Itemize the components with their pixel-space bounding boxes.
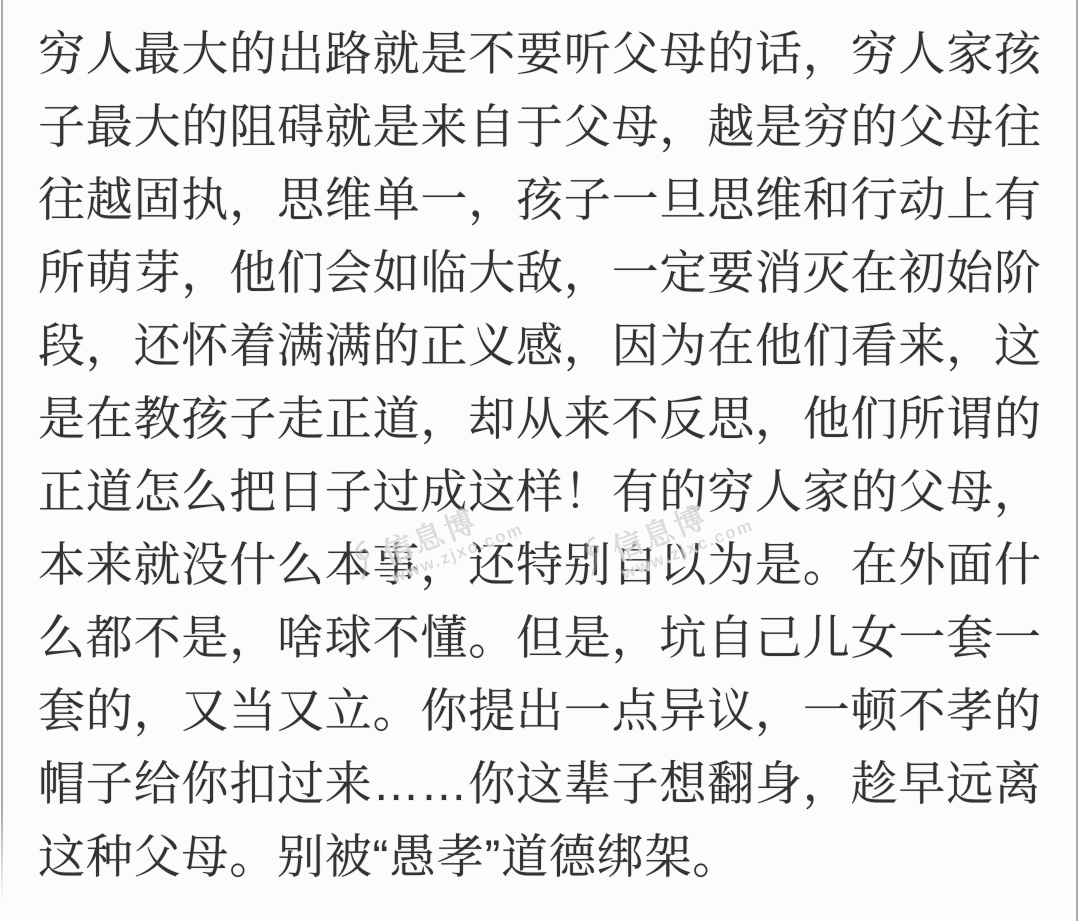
text-line: 正道怎么把日子过成这样！有的穷人家的父母， <box>38 455 1048 528</box>
text-line: 本来就没什么本事，还特别自以为是。在外面什 <box>38 528 1048 601</box>
text-line: 这种父母。别被“愚孝”道德绑架。 <box>38 820 1048 893</box>
paragraph-text-block: 穷人最大的出路就是不要听父母的话，穷人家孩 子最大的阻碍就是来自于父母，越是穷的… <box>38 17 1048 893</box>
text-line: 子最大的阻碍就是来自于父母，越是穷的父母往 <box>38 90 1048 163</box>
text-line: 穷人最大的出路就是不要听父母的话，穷人家孩 <box>38 17 1048 90</box>
right-edge-line <box>1076 0 1078 921</box>
text-line: 帽子给你扣过来……你这辈子想翻身，趁早远离 <box>38 747 1048 820</box>
text-line: 套的，又当又立。你提出一点异议，一顿不孝的 <box>38 674 1048 747</box>
text-line: 往越固执，思维单一，孩子一旦思维和行动上有 <box>38 163 1048 236</box>
text-line: 是在教孩子走正道，却从来不反思，他们所谓的 <box>38 382 1048 455</box>
left-edge-line <box>1 0 3 921</box>
text-line: 所萌芽，他们会如临大敌，一定要消灭在初始阶 <box>38 236 1048 309</box>
text-line: 段，还怀着满满的正义感，因为在他们看来，这 <box>38 309 1048 382</box>
text-image-page: 穷人最大的出路就是不要听父母的话，穷人家孩 子最大的阻碍就是来自于父母，越是穷的… <box>0 0 1080 921</box>
text-line: 么都不是，啥球不懂。但是，坑自己儿女一套一 <box>38 601 1048 674</box>
